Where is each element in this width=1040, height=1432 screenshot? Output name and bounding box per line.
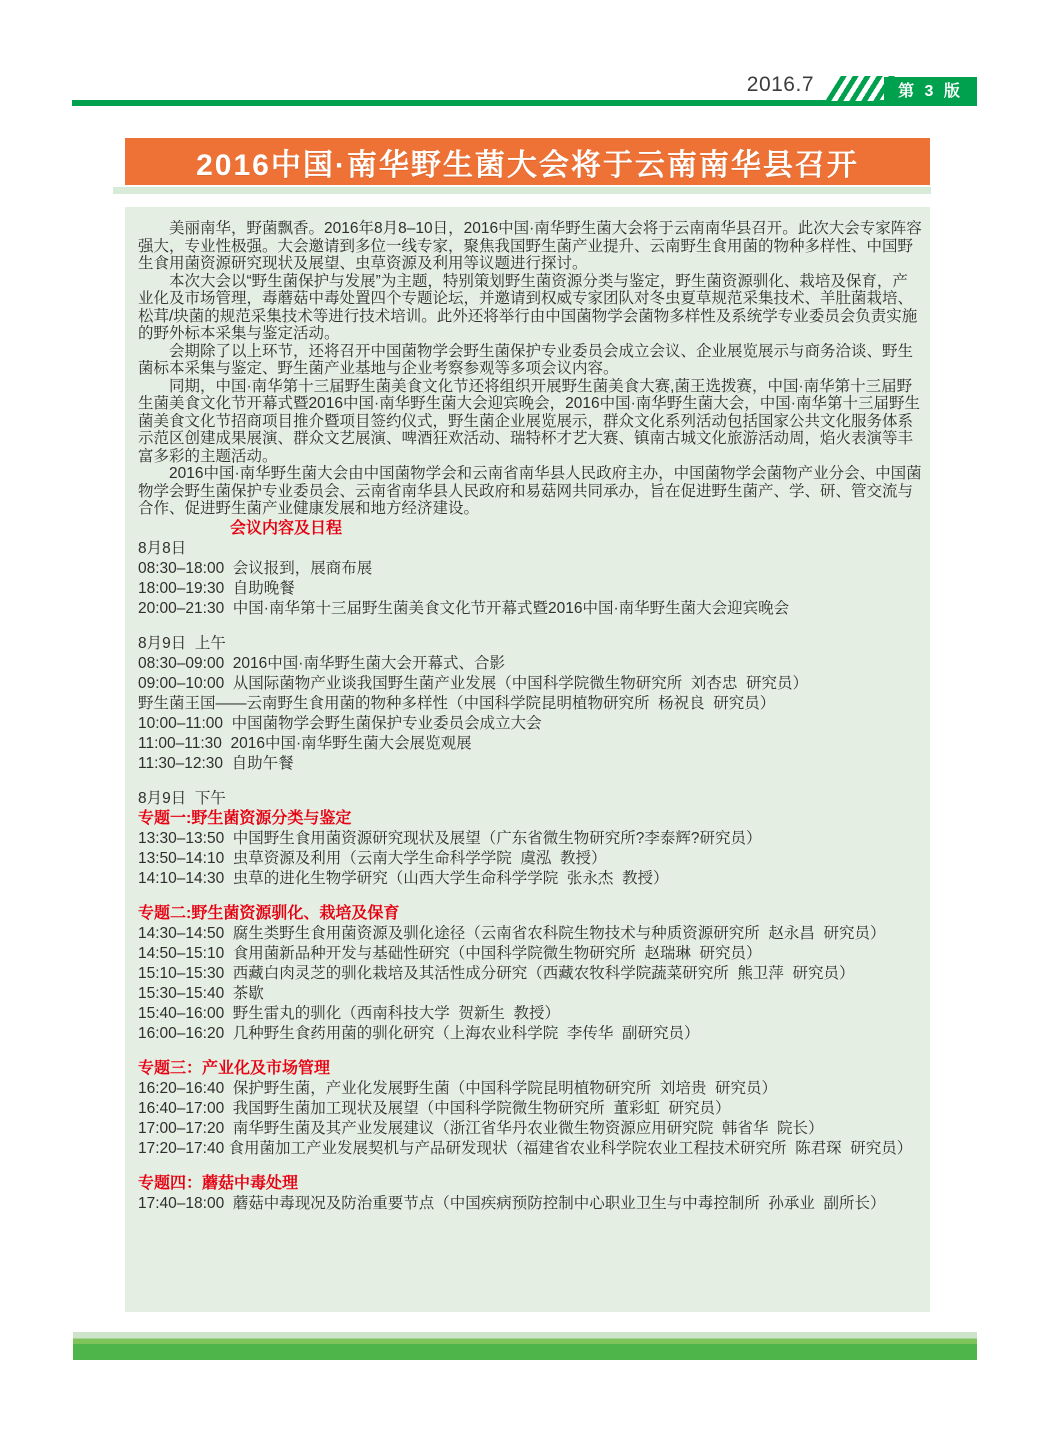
schedule-line: 10:00–11:00 中国菌物学会野生菌保护专业委员会成立大会 <box>138 714 922 734</box>
schedule-line: 专题三：产业化及市场管理 <box>138 1059 922 1079</box>
article-paragraph: 本次大会以“野生菌保护与发展”为主题，特别策划野生菌资源分类与鉴定，野生菌资源驯… <box>138 273 922 343</box>
schedule-line: 15:30–15:40 茶歇 <box>138 984 922 1004</box>
schedule-line: 15:40–16:00 野生雷丸的驯化（西南科技大学 贺新生 教授） <box>138 1004 922 1024</box>
schedule-line: 专题一:野生菌资源分类与鉴定 <box>138 809 922 829</box>
schedule-line: 8月9日 下午 <box>138 789 922 809</box>
schedule-line: 专题四：蘑菇中毒处理 <box>138 1174 922 1194</box>
schedule-line <box>138 774 922 789</box>
schedule-line: 14:50–15:10 食用菌新品种开发与基础性研究（中国科学院微生物研究所 赵… <box>138 944 922 964</box>
schedule-line: 17:00–17:20 南华野生菌及其产业发展建议（浙江省华丹农业微生物资源应用… <box>138 1119 922 1139</box>
article-paragraph: 会期除了以上环节，还将召开中国菌物学会野生菌保护专业委员会成立会议、企业展览展示… <box>138 343 922 378</box>
schedule-line: 16:40–17:00 我国野生菌加工现状及展望（中国科学院微生物研究所 董彩虹… <box>138 1099 922 1119</box>
schedule-list: 8月8日08:30–18:00 会议报到，展商布展18:00–19:30 自助晚… <box>138 539 922 1214</box>
schedule-line: 09:00–10:00 从国际菌物产业谈我国野生菌产业发展（中国科学院微生物研究… <box>138 674 922 694</box>
schedule-line: 15:10–15:30 西藏白肉灵芝的驯化栽培及其活性成分研究（西藏农牧科学院蔬… <box>138 964 922 984</box>
schedule-line: 14:10–14:30 虫草的进化生物学研究（山西大学生命科学学院 张永杰 教授… <box>138 869 922 889</box>
issue-date: 2016.7 <box>747 73 814 97</box>
schedule-line: 16:00–16:20 几种野生食药用菌的驯化研究（上海农业科学院 李传华 副研… <box>138 1024 922 1044</box>
schedule-heading: 会议内容及日程 <box>230 519 922 539</box>
schedule-line: 11:30–12:30 自助午餐 <box>138 754 922 774</box>
article-title: 2016中国·南华野生菌大会将于云南南华县召开 <box>196 140 859 184</box>
schedule-line: 野生菌王国——云南野生食用菌的物种多样性（中国科学院昆明植物研究所 杨祝良 研究… <box>138 694 922 714</box>
schedule-line: 专题二:野生菌资源驯化、栽培及保育 <box>138 904 922 924</box>
schedule-line <box>138 619 922 634</box>
schedule-line <box>138 1159 922 1174</box>
article-title-banner: 2016中国·南华野生菌大会将于云南南华县召开 <box>125 138 930 185</box>
schedule-line: 18:00–19:30 自助晚餐 <box>138 579 922 599</box>
schedule-line <box>138 889 922 904</box>
schedule-line: 17:40–18:00 蘑菇中毒现况及防治重要节点（中国疾病预防控制中心职业卫生… <box>138 1194 922 1214</box>
article-paragraph: 同期，中国·南华第十三届野生菌美食文化节还将组织开展野生菌美食大赛,菌王选拨赛，… <box>138 378 922 466</box>
schedule-line: 8月9日 上午 <box>138 634 922 654</box>
schedule-line: 08:30–18:00 会议报到，展商布展 <box>138 559 922 579</box>
edition-badge: 第 3 版 <box>884 77 977 106</box>
article-paragraph: 2016中国·南华野生菌大会由中国菌物学会和云南省南华县人民政府主办，中国菌物学… <box>138 465 922 518</box>
schedule-line: 13:50–14:10 虫草资源及利用（云南大学生命科学学院 虞泓 教授） <box>138 849 922 869</box>
schedule-line: 17:20–17:40 食用菌加工产业发展契机与产品研发现状（福建省农业科学院农… <box>138 1139 922 1159</box>
schedule-line: 8月8日 <box>138 539 922 559</box>
schedule-line <box>138 1044 922 1059</box>
paragraph-list: 美丽南华，野菌飘香。2016年8月8–10日，2016中国·南华野生菌大会将于云… <box>138 220 922 518</box>
schedule-line: 13:30–13:50 中国野生食用菌资源研究现状及展望（广东省微生物研究所?李… <box>138 829 922 849</box>
article-paragraph: 美丽南华，野菌飘香。2016年8月8–10日，2016中国·南华野生菌大会将于云… <box>138 220 922 273</box>
newspaper-page: 2016.7 第 3 版 2016中国·南华野生菌大会将于云南南华县召开 美丽南… <box>0 0 1040 1432</box>
schedule-line: 16:20–16:40 保护野生菌，产业化发展野生菌（中国科学院昆明植物研究所 … <box>138 1079 922 1099</box>
banner-underline-strip <box>113 187 931 194</box>
schedule-line: 11:00–11:30 2016中国·南华野生菌大会展览观展 <box>138 734 922 754</box>
schedule-line: 08:30–09:00 2016中国·南华野生菌大会开幕式、合影 <box>138 654 922 674</box>
schedule-line: 20:00–21:30 中国·南华第十三届野生菌美食文化节开幕式暨2016中国·… <box>138 599 922 619</box>
footer-bar <box>73 1332 977 1360</box>
schedule-line: 14:30–14:50 腐生类野生食用菌资源及驯化途径（云南省农科院生物技术与种… <box>138 924 922 944</box>
article-body: 美丽南华，野菌飘香。2016年8月8–10日，2016中国·南华野生菌大会将于云… <box>125 207 930 1312</box>
masthead: 2016.7 第 3 版 <box>72 74 977 106</box>
